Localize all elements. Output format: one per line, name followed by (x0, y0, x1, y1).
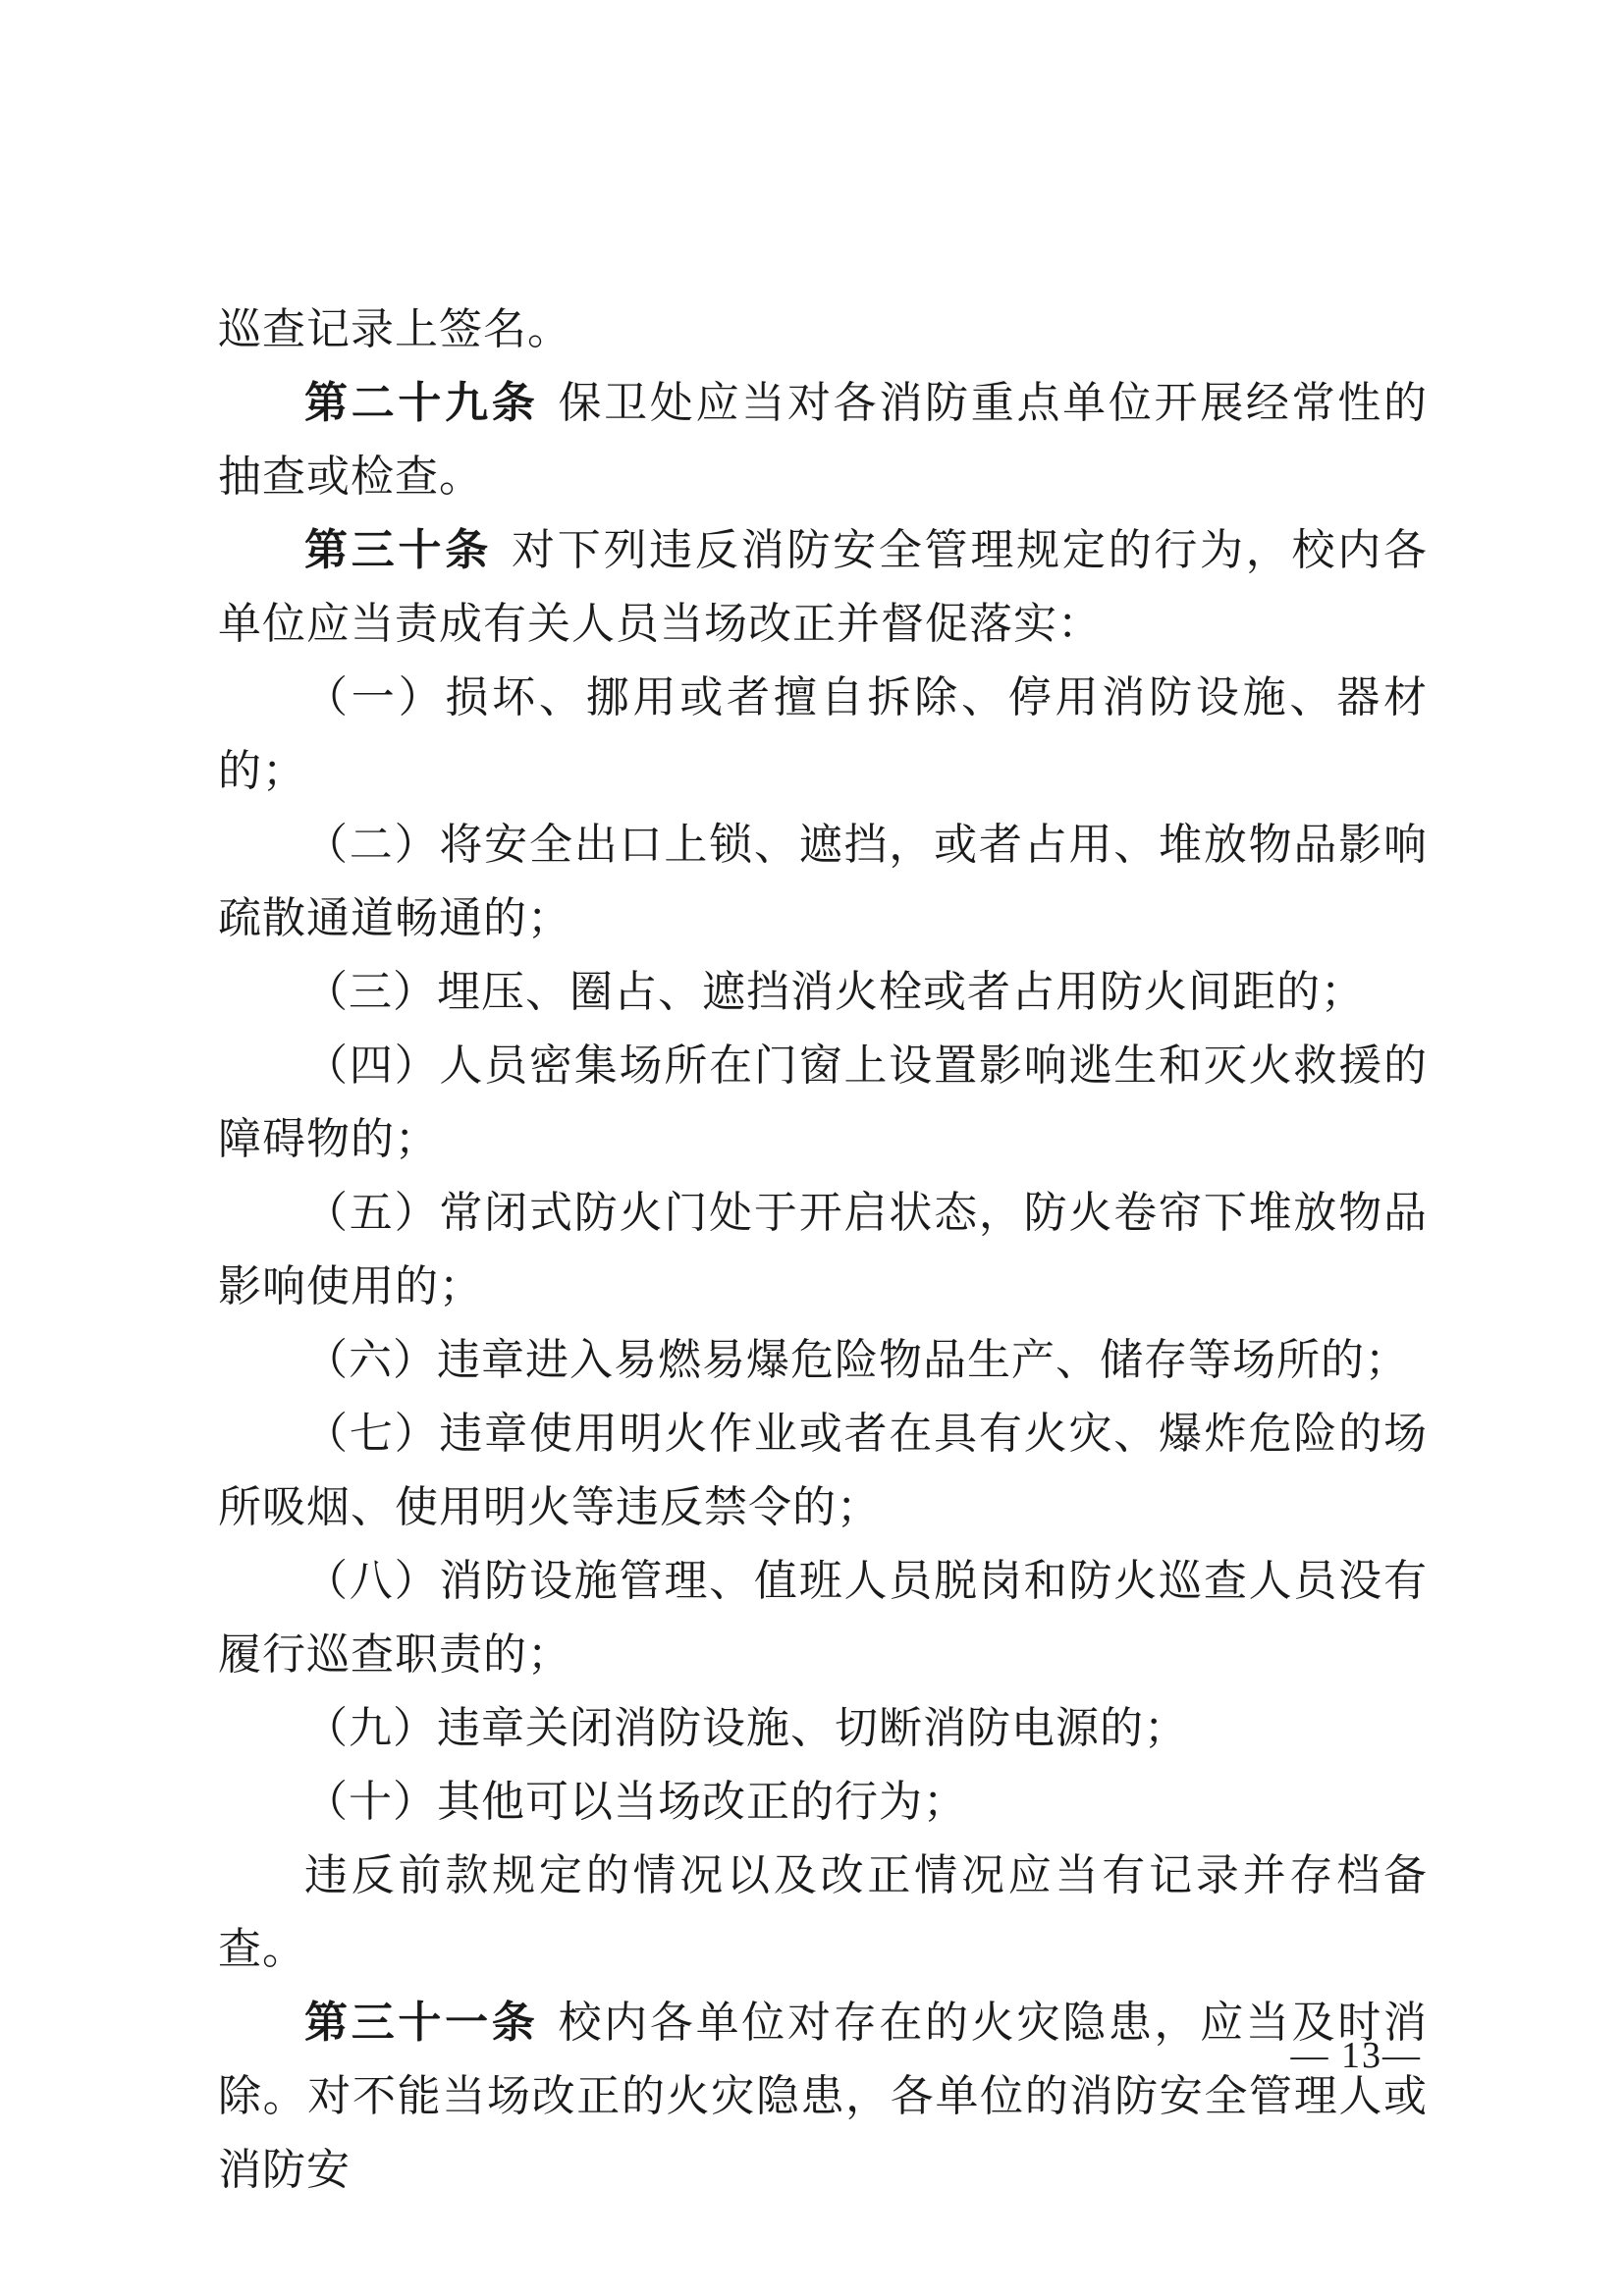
paragraph-record-filing: 违反前款规定的情况以及改正情况应当有记录并存档备查。 (218, 1839, 1428, 1986)
item-2: （二）将安全出口上锁、遮挡，或者占用、堆放物品影响疏散通道畅通的； (218, 808, 1428, 955)
item-6: （六）违章进入易燃易爆危险物品生产、储存等场所的； (218, 1323, 1428, 1397)
item-8: （八）消防设施管理、值班人员脱岗和防火巡查人员没有履行巡查职责的； (218, 1544, 1428, 1691)
item-7: （七）违章使用明火作业或者在具有火灾、爆炸危险的场所吸烟、使用明火等违反禁令的； (218, 1397, 1428, 1544)
article-29-number: 第二十九条 (304, 378, 538, 428)
document-text-block: 巡查记录上签名。 第二十九条保卫处应当对各消防重点单位开展经常性的抽查或检查。 … (218, 293, 1428, 2207)
item-4: （四）人员密集场所在门窗上设置影响逃生和灭火救援的障碍物的； (218, 1029, 1428, 1176)
item-5: （五）常闭式防火门处于开启状态，防火卷帘下堆放物品影响使用的； (218, 1176, 1428, 1323)
article-30: 第三十条对下列违反消防安全管理规定的行为，校内各单位应当责成有关人员当场改正并督… (218, 513, 1428, 661)
item-10: （十）其他可以当场改正的行为； (218, 1765, 1428, 1839)
item-9: （九）违章关闭消防设施、切断消防电源的； (218, 1691, 1428, 1765)
paragraph-continuation: 巡查记录上签名。 (218, 293, 1428, 366)
page-number: — 13— (1291, 2034, 1423, 2077)
item-1: （一）损坏、挪用或者擅自拆除、停用消防设施、器材的； (218, 661, 1428, 808)
document-page: 巡查记录上签名。 第二十九条保卫处应当对各消防重点单位开展经常性的抽查或检查。 … (0, 0, 1624, 2296)
article-31: 第三十一条校内各单位对存在的火灾隐患，应当及时消除。对不能当场改正的火灾隐患，各… (218, 1986, 1428, 2207)
item-3: （三）埋压、圈占、遮挡消火栓或者占用防火间距的； (218, 955, 1428, 1029)
article-30-number: 第三十条 (304, 525, 492, 575)
article-29: 第二十九条保卫处应当对各消防重点单位开展经常性的抽查或检查。 (218, 366, 1428, 513)
article-31-number: 第三十一条 (304, 1998, 538, 2048)
